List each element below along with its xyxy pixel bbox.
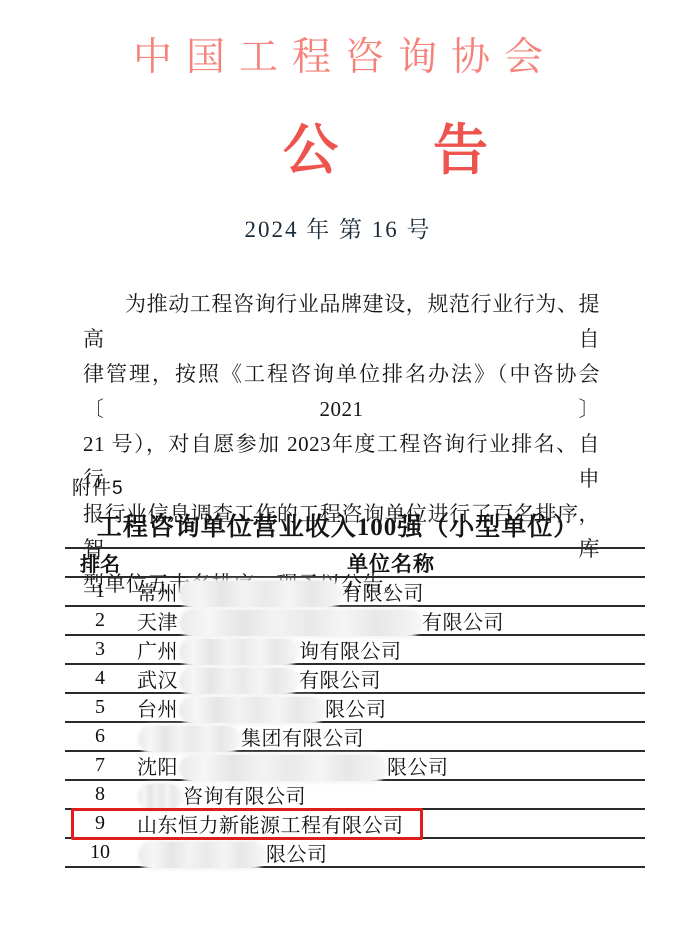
- rank-cell: 9: [65, 812, 135, 835]
- table-row: 1 常州有限公司: [65, 578, 645, 607]
- redaction-blur: [180, 755, 385, 781]
- company-name-text: 有限公司: [422, 612, 504, 634]
- table-row: 3 广州询有限公司: [65, 636, 645, 665]
- rank-cell: 4: [65, 667, 135, 690]
- redaction-blur: [139, 784, 181, 810]
- redaction-blur: [180, 697, 323, 723]
- company-name-text: 武汉: [137, 670, 178, 692]
- company-name-text: 天津: [137, 612, 178, 634]
- rank-cell: 3: [65, 638, 135, 661]
- rank-cell: 1: [65, 580, 135, 603]
- rank-column-header: 排名: [65, 548, 135, 577]
- company-name-text: 限公司: [387, 757, 449, 779]
- company-name-text: 广州: [137, 641, 178, 663]
- table-row: 6 集团有限公司: [65, 723, 645, 752]
- redaction-blur: [139, 726, 239, 752]
- company-name-cell: 天津有限公司: [135, 606, 645, 636]
- paragraph-line: 律管理，按照《工程咨询单位排名办法》（中咨协会〔2021〕: [83, 357, 600, 427]
- table-header-row: 排名 单位名称: [65, 549, 645, 578]
- redaction-blur: [180, 581, 340, 607]
- table-title: 工程咨询单位营业收入100强（小型单位）: [0, 507, 676, 543]
- notice-title: 公告: [0, 106, 676, 185]
- rank-cell: 5: [65, 696, 135, 719]
- redaction-blur: [180, 639, 297, 665]
- company-name-column-header: 单位名称: [135, 548, 645, 578]
- company-name-text: 有限公司: [299, 670, 381, 692]
- table-row: 9 山东恒力新能源工程有限公司: [65, 810, 645, 839]
- org-title: 中国工程咨询协会: [0, 26, 676, 82]
- rank-cell: 6: [65, 725, 135, 748]
- company-name-text: 限公司: [266, 844, 328, 866]
- ranking-table: 排名 单位名称 1 常州有限公司 2 天津有限公司 3 广州询有限公司 4 武汉…: [65, 547, 645, 868]
- company-name-cell: 武汉有限公司: [135, 664, 645, 694]
- company-name-text: 限公司: [325, 699, 387, 721]
- rank-cell: 10: [65, 841, 135, 864]
- company-name-text: 台州: [137, 699, 178, 721]
- table-row: 10 限公司: [65, 839, 645, 868]
- paragraph-line: 21 号），对自愿参加 2023年度工程咨询行业排名、自行申: [83, 427, 600, 497]
- rank-cell: 8: [65, 783, 135, 806]
- table-row: 5 台州限公司: [65, 694, 645, 723]
- rank-cell: 2: [65, 609, 135, 632]
- redaction-blur: [139, 842, 264, 868]
- table-row: 8 咨询有限公司: [65, 781, 645, 810]
- company-name-text: 询有限公司: [299, 641, 402, 663]
- company-name-cell: 限公司: [135, 838, 645, 868]
- company-name-cell: 咨询有限公司: [135, 780, 645, 810]
- company-name-cell: 山东恒力新能源工程有限公司: [135, 809, 645, 838]
- company-name-text: 有限公司: [342, 583, 424, 605]
- table-row: 7 沈阳限公司: [65, 752, 645, 781]
- attachment-label: 附件5: [72, 473, 124, 500]
- redaction-blur: [180, 668, 297, 694]
- table-row: 2 天津有限公司: [65, 607, 645, 636]
- rank-cell: 7: [65, 754, 135, 777]
- paragraph-line: 为推动工程咨询行业品牌建设，规范行业行为、提高自: [83, 287, 600, 357]
- company-name-text: 山东恒力新能源工程有限公司: [137, 815, 404, 837]
- redaction-blur: [180, 610, 420, 636]
- company-name-text: 沈阳: [137, 757, 178, 779]
- table-row: 4 武汉有限公司: [65, 665, 645, 694]
- table-body: 1 常州有限公司 2 天津有限公司 3 广州询有限公司 4 武汉有限公司 5 台…: [65, 578, 645, 868]
- company-name-cell: 常州有限公司: [135, 577, 645, 607]
- doc-number: 2024 年 第 16 号: [0, 211, 676, 244]
- announcement-document-page: 中国工程咨询协会 公告 2024 年 第 16 号 为推动工程咨询行业品牌建设，…: [0, 0, 676, 930]
- company-name-cell: 沈阳限公司: [135, 751, 645, 781]
- company-name-text: 咨询有限公司: [183, 786, 306, 808]
- company-name-text: 常州: [137, 583, 178, 605]
- company-name-text: 集团有限公司: [241, 728, 364, 750]
- company-name-cell: 集团有限公司: [135, 722, 645, 752]
- company-name-cell: 台州限公司: [135, 693, 645, 723]
- company-name-cell: 广州询有限公司: [135, 635, 645, 665]
